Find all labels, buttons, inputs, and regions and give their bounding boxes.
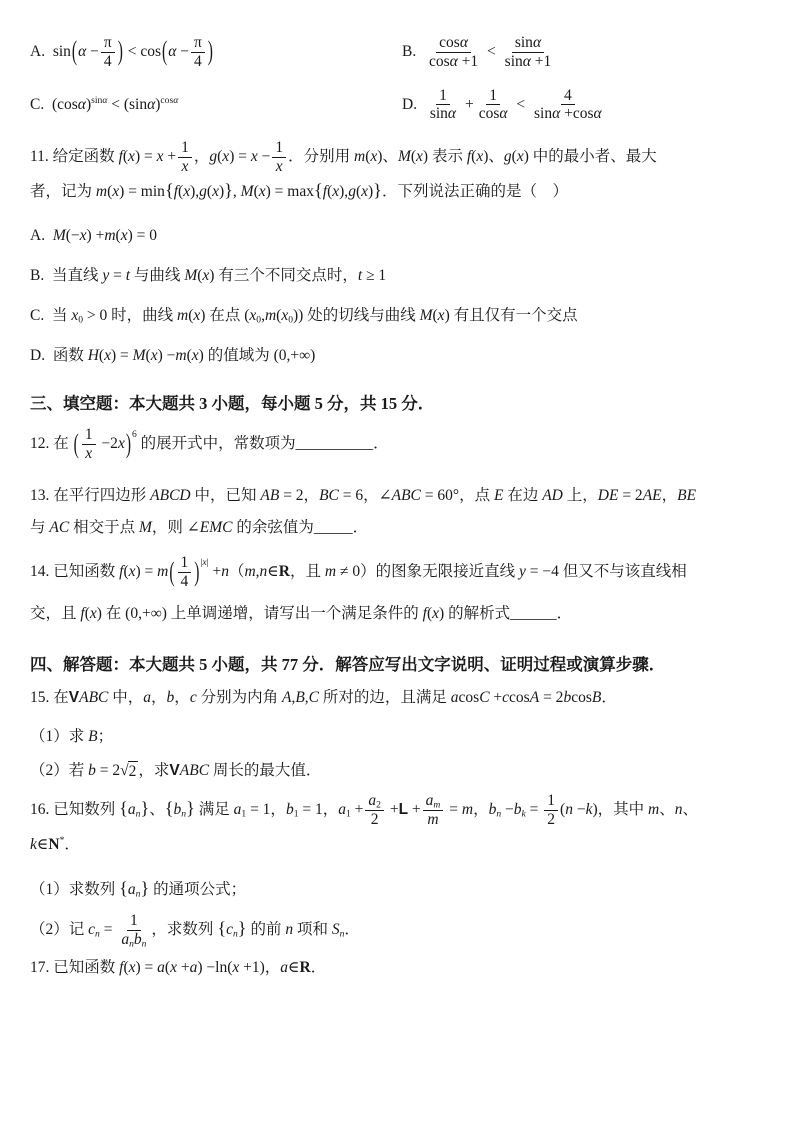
question-14-line-1: 14. 已知函数 f(x) = m(14)|x| +n（m,n∈R，且 m ≠ … bbox=[30, 554, 776, 591]
top-option-b: B. cosαcosα +1 < sinαsinα +1 bbox=[402, 34, 776, 71]
question-11-option-a: A. M(−x) +m(x) = 0 bbox=[30, 225, 776, 247]
question-11-option-c: C. 当 x0 > 0 时，曲线 m(x) 在点 (x0,m(x0)) 处的切线… bbox=[30, 305, 776, 327]
top-question-options-row-2: C. (cosα)sinα < (sinα)cosα D. 1sinα +1co… bbox=[30, 87, 776, 124]
top-question-options-row-1: A. sin(α −π4) < cos(α −π4) B. cosαcosα +… bbox=[30, 34, 776, 71]
section-4-header: 四、解答题：本大题共 5 小题，共 77 分．解答应写出文字说明、证明过程或演算… bbox=[30, 651, 776, 675]
exam-page: A. sin(α −π4) < cos(α −π4) B. cosαcosα +… bbox=[0, 0, 800, 978]
top-option-c: C. (cosα)sinα < (sinα)cosα bbox=[30, 94, 402, 116]
question-11-option-d: D. 函数 H(x) = M(x) −m(x) 的值域为 (0,+∞) bbox=[30, 345, 776, 367]
question-16-stem-line-2: k∈N*． bbox=[30, 834, 776, 856]
question-16-part-1: （1）求数列 {an} 的通项公式； bbox=[30, 876, 776, 902]
question-15-part-1: （1）求 B； bbox=[30, 726, 776, 748]
question-15-stem: 15. 在VABC 中，a，b，c 分别为内角 A,B,C 所对的边，且满足 a… bbox=[30, 687, 776, 709]
question-13-line-2: 与 AC 相交于点 M，则 ∠EMC 的余弦值为_____． bbox=[30, 517, 776, 539]
question-11-stem-line-2: 者，记为 m(x) = min{f(x),g(x)}, M(x) = max{f… bbox=[30, 178, 776, 204]
section-3-header: 三、填空题：本大题共 3 小题，每小题 5 分，共 15 分． bbox=[30, 390, 776, 414]
question-16-stem-line-1: 16. 已知数列 {an}、{bn} 满足 a1 = 1，b1 = 1，a1 +… bbox=[30, 792, 776, 829]
question-14-line-2: 交，且 f(x) 在 (0,+∞) 上单调递增，请写出一个满足条件的 f(x) … bbox=[30, 603, 776, 625]
question-12: 12. 在 (1x −2x)6 的展开式中，常数项为__________． bbox=[30, 426, 776, 463]
question-16-part-2: （2）记 cn = 1anbn，求数列 {cn} 的前 n 项和 Sn． bbox=[30, 912, 776, 949]
top-option-a: A. sin(α −π4) < cos(α −π4) bbox=[30, 34, 402, 71]
question-11-option-b: B. 当直线 y = t 与曲线 M(x) 有三个不同交点时，t ≥ 1 bbox=[30, 265, 776, 287]
question-15-part-2: （2）若 b = 2√2，求VABC 周长的最大值． bbox=[30, 760, 776, 782]
question-17-stem: 17. 已知函数 f(x) = a(x +a) −ln(x +1)，a∈R． bbox=[30, 957, 776, 979]
question-11-stem-line-1: 11. 给定函数 f(x) = x +1x，g(x) = x −1x．分别用 m… bbox=[30, 139, 776, 176]
top-option-d: D. 1sinα +1cosα < 4sinα +cosα bbox=[402, 87, 776, 124]
question-13-line-1: 13. 在平行四边形 ABCD 中，已知 AB = 2，BC = 6，∠ABC … bbox=[30, 485, 776, 507]
